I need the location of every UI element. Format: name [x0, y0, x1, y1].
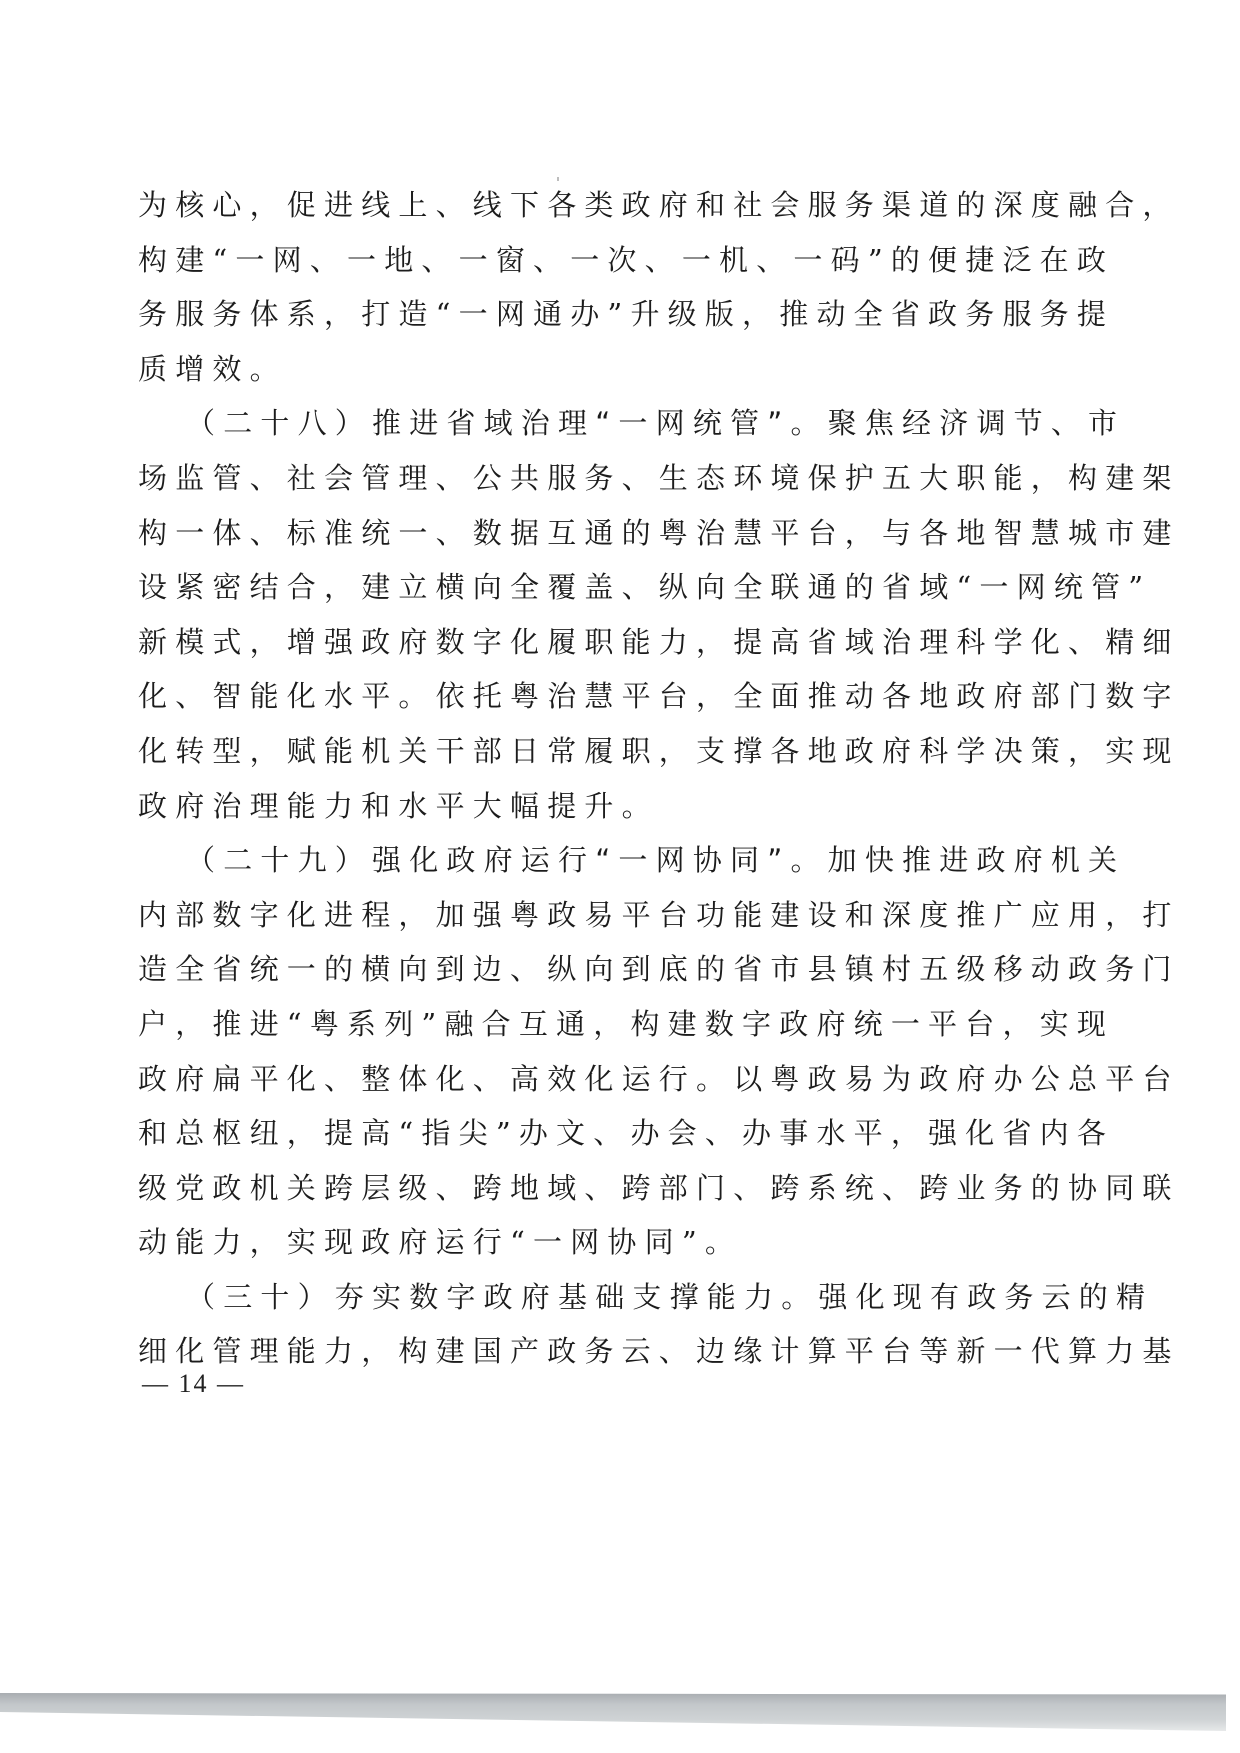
section-text: 强化现有政务云的精 [818, 1280, 1153, 1314]
section-30-first-line: （三十）夯实数字政府基础支撑能力。强化现有政务云的精 [138, 1270, 956, 1325]
text-line: 细化管理能力，构建国产政务云、边缘计算平台等新一代算力基 [138, 1324, 956, 1379]
text-line: 和总枢纽，提高“指尖”办文、办会、办事水平，强化省内各 [138, 1106, 956, 1161]
text-line: 质增效。 [138, 342, 968, 397]
text-line: 政府扁平化、整体化、高效化运行。以粤政易为政府办公总平台 [138, 1052, 956, 1107]
section-text: 聚焦经济调节、市 [828, 406, 1126, 440]
text-line: 构建“一网、一地、一窗、一次、一机、一码”的便捷泛在政 [138, 233, 956, 288]
text-line: 造全省统一的横向到边、纵向到底的省市县镇村五级移动政务门 [138, 942, 956, 997]
section-text: 加快推进政府机关 [828, 843, 1126, 877]
text-line: 场监管、社会管理、公共服务、生态环境保护五大职能，构建架 [138, 451, 956, 506]
section-heading-28: （二十八）推进省域治理“一网统管”。 [186, 406, 828, 440]
text-line: 动能力，实现政府运行“一网协同”。 [138, 1215, 968, 1270]
text-line: 户，推进“粤系列”融合互通，构建数字政府统一平台，实现 [138, 997, 956, 1052]
text-line: 化、智能化水平。依托粤治慧平台，全面推动各地政府部门数字 [138, 669, 956, 724]
section-28-first-line: （二十八）推进省域治理“一网统管”。聚焦经济调节、市 [138, 396, 956, 451]
text-line: 为核心，促进线上、线下各类政府和社会服务渠道的深度融合， [138, 178, 956, 233]
section-heading-30: （三十）夯实数字政府基础支撑能力。 [186, 1280, 818, 1314]
text-line: 构一体、标准统一、数据互通的粤治慧平台，与各地智慧城市建 [138, 506, 956, 561]
text-line: 设紧密结合，建立横向全覆盖、纵向全联通的省域“一网统管” [138, 560, 956, 615]
document-page: 为核心，促进线上、线下各类政府和社会服务渠道的深度融合， 构建“一网、一地、一窗… [0, 0, 1240, 1753]
scan-edge-shadow [0, 1693, 1226, 1731]
text-line: 新模式，增强政府数字化履职能力，提高省域治理科学化、精细 [138, 615, 956, 670]
body-text: 为核心，促进线上、线下各类政府和社会服务渠道的深度融合， 构建“一网、一地、一窗… [138, 178, 968, 1379]
text-line: 内部数字化进程，加强粤政易平台功能建设和深度推广应用，打 [138, 888, 956, 943]
text-line: 化转型，赋能机关干部日常履职，支撑各地政府科学决策，实现 [138, 724, 956, 779]
text-line: 政府治理能力和水平大幅提升。 [138, 779, 968, 834]
section-29-first-line: （二十九）强化政府运行“一网协同”。加快推进政府机关 [138, 833, 956, 888]
text-line: 务服务体系，打造“一网通办”升级版，推动全省政务服务提 [138, 287, 956, 342]
page-number: — 14 — [142, 1366, 245, 1402]
text-line: 级党政机关跨层级、跨地域、跨部门、跨系统、跨业务的协同联 [138, 1161, 956, 1216]
section-heading-29: （二十九）强化政府运行“一网协同”。 [186, 843, 828, 877]
